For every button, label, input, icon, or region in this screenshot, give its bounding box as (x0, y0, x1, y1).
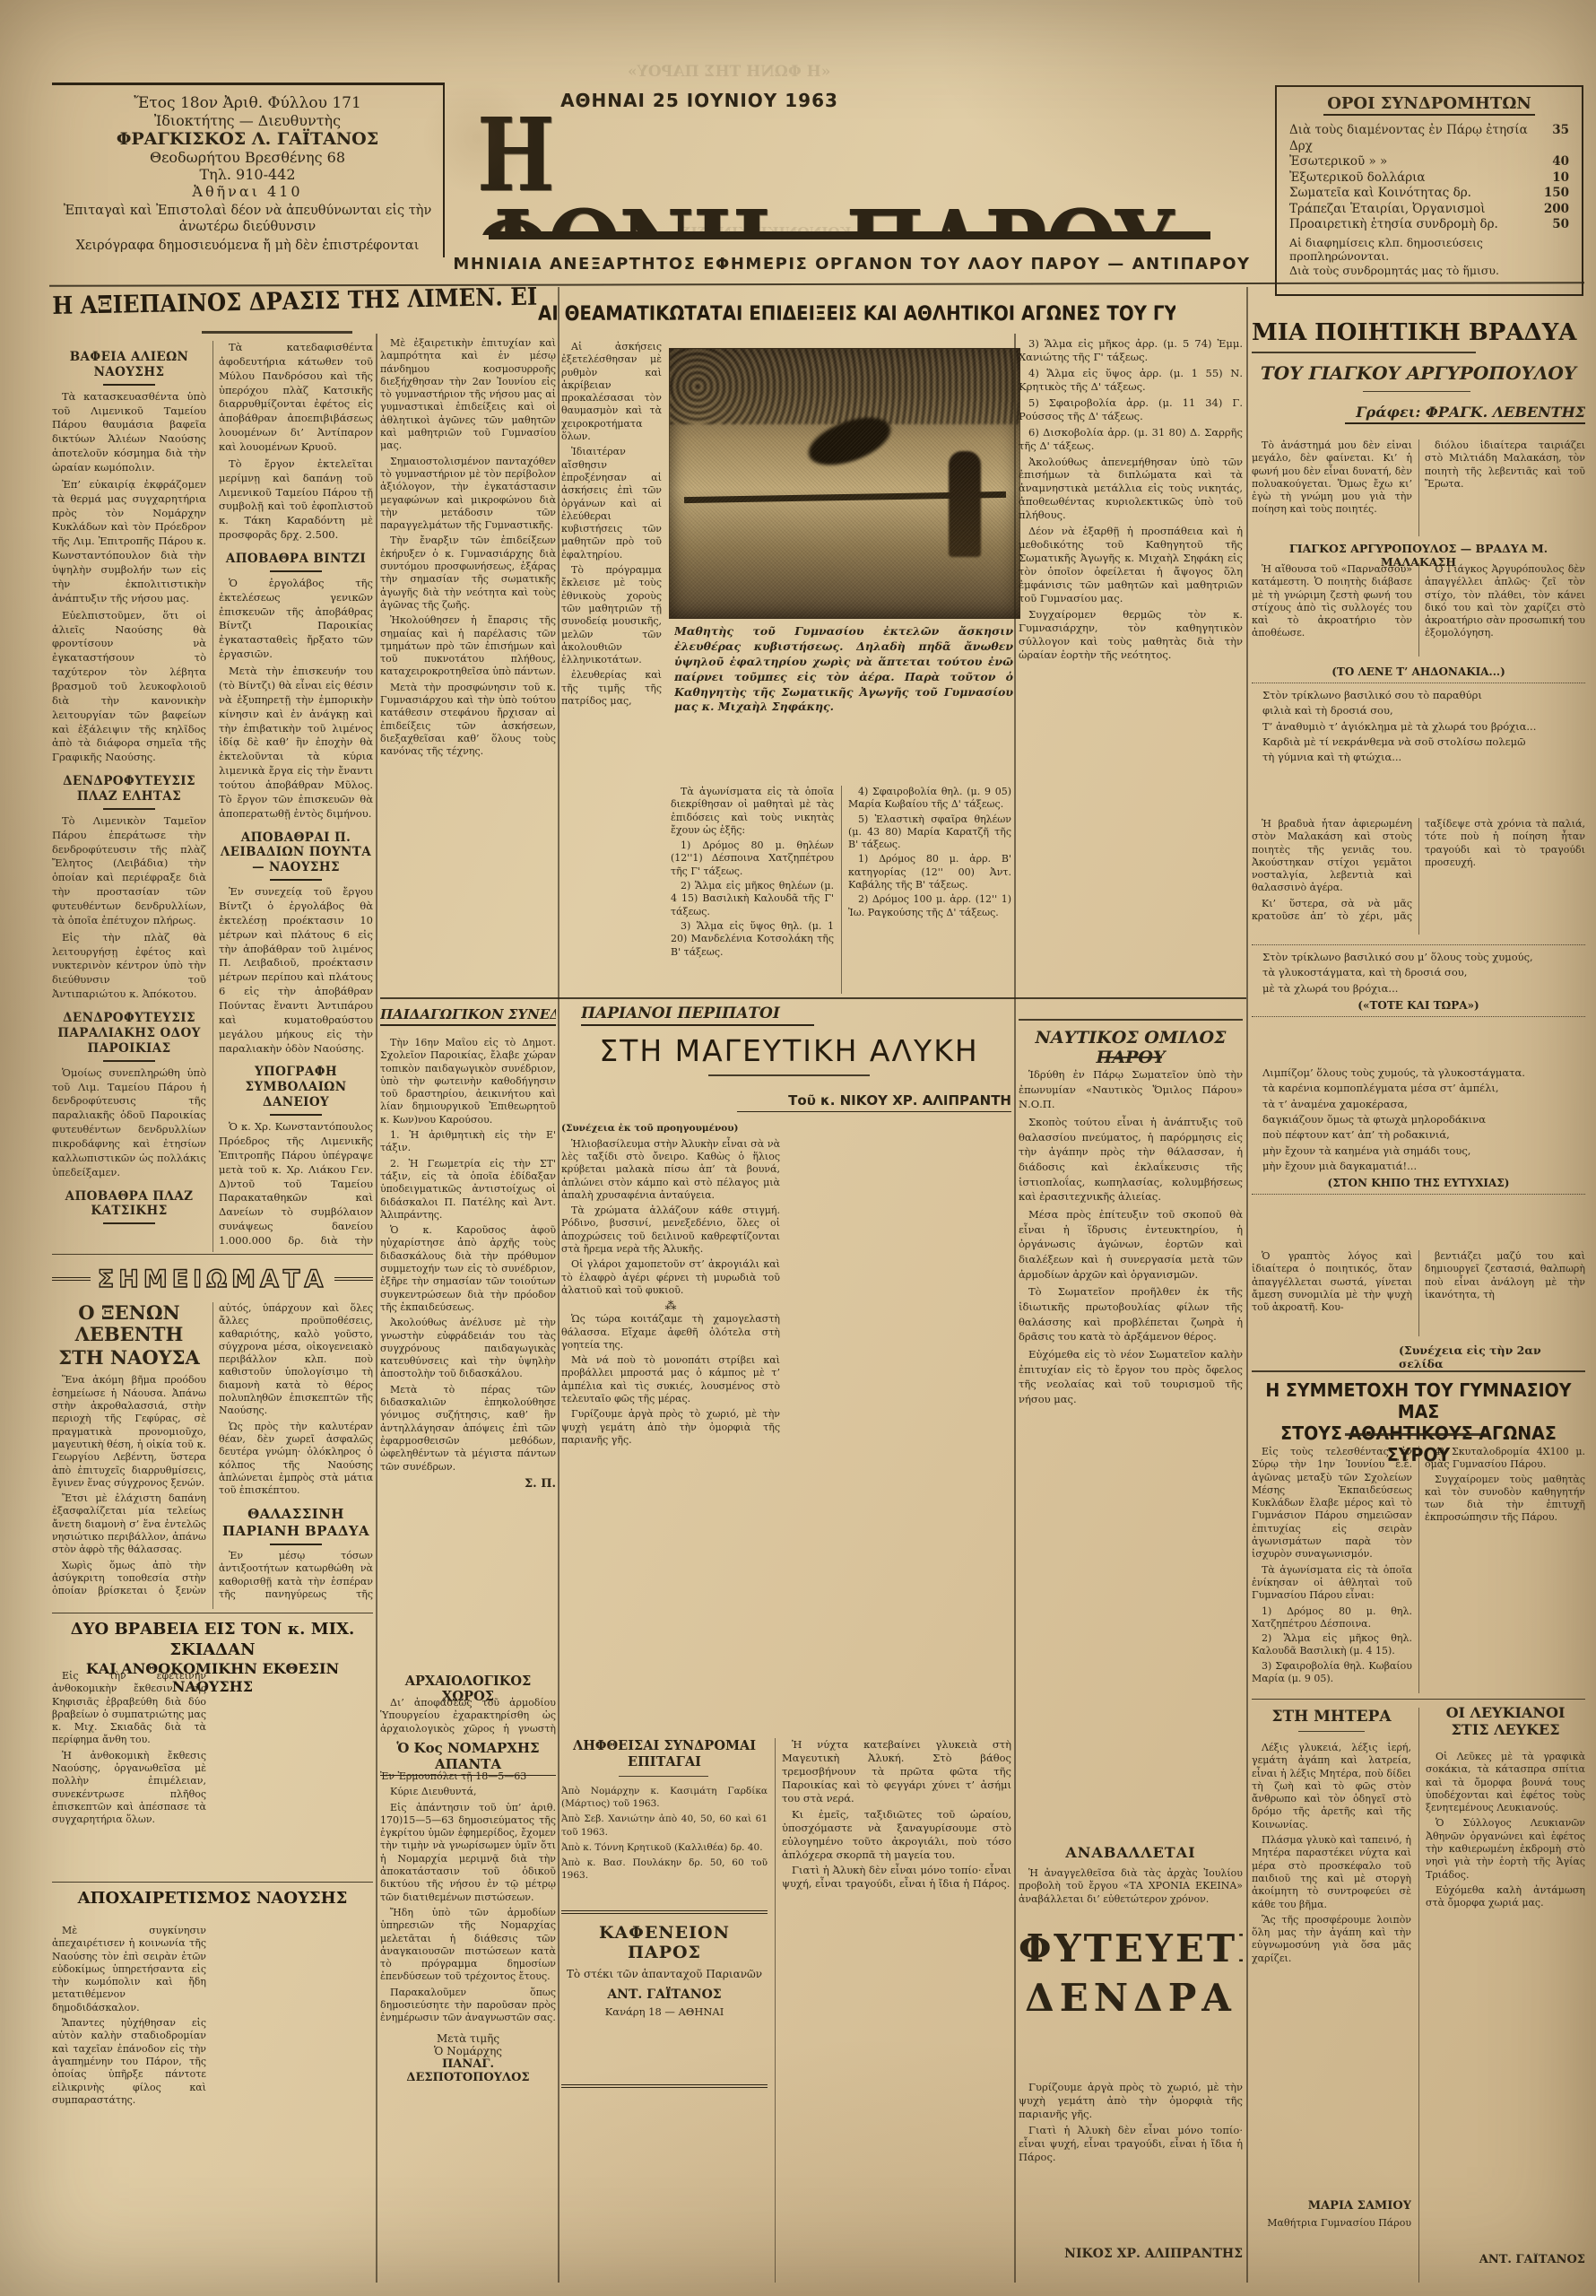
poem-line: τὴ γύμνια καὶ τὴ φτώχια... (1275, 750, 1585, 764)
dotted-divider (1252, 1194, 1585, 1195)
paragraph: Τὰ χρώματα ἀλλάζουν κάθε στιγμή. Ρόδινο,… (561, 1205, 780, 1256)
article-poetry-3: Ἡ βραδυὰ ἦταν ἀφιερωμένη στὸν Μαλακάση κ… (1252, 818, 1585, 935)
divider (619, 1776, 708, 1777)
subhead: ΥΠΟΓΡΑΦΗ ΣΥΜΒΟΛΑΙΩΝ ΔΑΝΕΙΟΥ (219, 1065, 373, 1116)
title-part-2: ΠΑΡΟΥ (846, 202, 1173, 235)
subhead: ΑΠΟΒΑΘΡΑΙ Π. ΛΕΙΒΑΔΙΩΝ ΠΟΥΝΤΑ — ΝΑΟΥΣΗΣ (219, 831, 373, 882)
row-value: 50 (1552, 217, 1569, 233)
divider (52, 1882, 373, 1883)
paragraph: Γιατὶ ἡ Ἀλυκὴ δὲν εἶναι μόνο τοπίο· εἶνα… (782, 1864, 1011, 1891)
owner-name: ΦΡΑΓΚΙΣΚΟΣ Λ. ΓΑΪΤΑΝΟΣ (52, 129, 443, 149)
paragraph: Μὲ ἐξαιρετικὴν ἐπιτυχίαν καὶ λαμπρότητα … (380, 337, 556, 453)
result-item: 2) Δρόμος 100 μ. ἀρρ. (12'' 1) Ἰω. Ραγκο… (848, 893, 1011, 919)
poem-line: Στὸν τρίκλωνο βασιλικό σου μ’ ὅλους τοὺς… (1275, 950, 1585, 964)
heading-leukianoi: ΟΙ ΛΕΥΚΙΑΝΟΙΣΤΙΣ ΛΕΥΚΕΣ (1426, 1704, 1585, 1738)
row-label: Σωματεῖα καὶ Κοινότητας δρ. (1289, 186, 1544, 202)
heading-thalassini: ΘΑΛΑΣΣΙΝΗΠΑΡΙΑΝΗ ΒΡΑΔΥΑ (219, 1506, 373, 1545)
masthead-bar (489, 231, 1210, 239)
paragraph: Ἡλιοβασίλευμα στὴν Ἀλυκὴν εἶναι σὰ νὰ λὲ… (561, 1138, 780, 1202)
heading-apoxairetismos: ΑΠΟΧΑΙΡΕΤΙΣΜΟΣ ΝΑΟΥΣΗΣ (52, 1889, 373, 1908)
paragraph: Τὸ πρόγραμμα ἔκλεισε μὲ τοὺς ἐθνικοὺς χο… (561, 564, 662, 666)
dotted-divider (1252, 1016, 1585, 1017)
paragraph: Παρακαλοῦμεν ὅπως δημοσιεύσητε τὴν παροῦ… (380, 1987, 556, 2025)
publisher-info-box: Ἔτος 18ον Ἀριθ. Φύλλου 171 Ἰδιοκτήτης — … (52, 83, 445, 257)
photo-halftone-grain (670, 349, 1019, 618)
paragraph: Συγχαίρομεν θερμῶς τὸν κ. Γυμνασιάρχην, … (1019, 608, 1243, 662)
phone: Τηλ. 910-442 (52, 166, 443, 183)
dateline: ΑΘΗΝΑΙ 25 ΙΟΥΝΙΟΥ 1963 (484, 90, 915, 111)
letter-place-date: Ἐν Ἑρμουπόλει τῇ 18—5—63 (380, 1770, 556, 1783)
paragraph: Ἅπαντες ηὐχήθησαν εἰς αὐτὸν καλὴν σταδιο… (52, 2017, 206, 2107)
paragraph: Γυρίζουμε ἀργὰ πρὸς τὸ χωριό, μὲ τὴν ψυχ… (1019, 2081, 1243, 2121)
heading-anaballetai: ΑΝΑΒΑΛΛΕΤΑΙ (1019, 1844, 1243, 1861)
paragraph: Σημαιοστολισμένον πανταχόθεν τὸ γυμναστή… (380, 456, 556, 533)
notes-band: ΣΗΜΕΙΩΜΑΤΑ (52, 1259, 373, 1299)
newspaper-front-page: Ἔτος 18ον Ἀριθ. Φύλλου 171 Ἰδιοκτήτης — … (0, 0, 1596, 2296)
paragraph: Εἰς τὴν ἐφετεινὴν ἀνθοκομικὴν ἔκθεσιν τῆ… (52, 1670, 206, 1747)
paragraph: Δι’ ἀποφάσεως τοῦ ἁρμοδίου Ὑπουργείου ἐχ… (380, 1697, 556, 1735)
paragraph: Μετὰ τὸ πέρας τῶν διδασκαλιῶν ἐπηκολούθη… (380, 1384, 556, 1474)
paragraph: Συγχαίρομεν τοὺς μαθητὰς καὶ τὸν συνοδὸν… (1425, 1474, 1585, 1525)
article-poetry-intro: Τὸ ἀνάστημά μου δὲν εἶναι μεγάλο, δὲν φα… (1252, 439, 1585, 536)
subscription-note: Αἱ διαφημίσεις κλπ. δημοσιεύσεις προπληρ… (1289, 236, 1569, 264)
heading-pedagogiko: ΠΑΙΔΑΓΩΓΙΚΟΝ ΣΥΝΕΔΡΙΟΝ (380, 1006, 556, 1026)
signature: Σ. Π. (380, 1477, 556, 1491)
subhead: ΒΑΦΕΙΑ ΑΛΙΕΩΝ ΝΑΟΥΣΗΣ (52, 350, 206, 386)
paragraph: Ἀκολούθως ἀπενεμήθησαν ὑπὸ τῶν ἐπισήμων … (1019, 456, 1243, 523)
manuscripts-note: Χειρόγραφα δημοσιευόμενα ἤ μὴ δὲν ἐπιστρ… (52, 238, 443, 254)
paragraph: Ὁμοίως συνεπληρώθη ὑπὸ τοῦ Λιμ. Ταμείου … (52, 1066, 206, 1180)
row-value: 35 (1552, 123, 1569, 154)
poem-line: Καρδιὰ μὲ τί νεκράνθεμα νὰ σοῦ στολίσω π… (1275, 735, 1585, 749)
article-alyki-end: Γυρίζουμε ἀργὰ πρὸς τὸ χωριό, μὲ τὴν ψυχ… (1019, 2081, 1243, 2235)
city: Ἀθῆναι 410 (52, 183, 443, 200)
paragraph: Ἠκολούθησεν ἡ ἔπαρσις τῆς σημαίας καὶ ἡ … (380, 614, 556, 678)
ad-line: Τὸ στέκι τῶν ἁπανταχοῦ Παριανῶν (561, 1968, 768, 1980)
subscription-row: Διὰ τοὺς διαμένοντας ἐν Πάρῳ ἐτησία Δρχ … (1289, 123, 1569, 154)
divider (1345, 1433, 1488, 1436)
heading-syndromai: ΛΗΦΘΕΙΣΑΙ ΣΥΝΔΡΟΜΑΙΕΠΙΤΑΓΑΙ (561, 1738, 768, 1770)
letter-signature: ΠΑΝΑΓ. ΔΕΣΠΟΤΟΠΟΥΛΟΣ (380, 2057, 556, 2084)
article-limen-body: ΒΑΦΕΙΑ ΑΛΙΕΩΝ ΝΑΟΥΣΗΣ Τὰ κατασκευασθέντα… (52, 341, 373, 1252)
dotted-divider (1252, 944, 1585, 945)
masthead-subtitle: ΜΗΝΙΑΙΑ ΑΝΕΞΑΡΤΗΤΟΣ ΕΦΗΜΕΡΙΣ ΟΡΓΑΝΟΝ ΤΟΥ… (448, 255, 1255, 274)
paragraph: διόλου ἰδιαίτερα ταιριάζει στὸ Μιλτιάδη … (1425, 439, 1585, 491)
article-arxaiologikos: Δι’ ἀποφάσεως τοῦ ἁρμοδίου Ὑπουργείου ἐχ… (380, 1697, 556, 1735)
subhead: ΑΠΟΒΑΘΡΑ ΠΛΑΖ ΚΑΤΣΙΚΗΣ (52, 1189, 206, 1225)
kicker-parianoi-peripatoi: ΠΑΡΙΑΝΟΙ ΠΕΡΙΠΑΤΟΙ (581, 1004, 814, 1026)
notes-flow-2: Εἰς τὴν ἐφετεινὴν ἀνθοκομικὴν ἔκθεσιν τῆ… (52, 1670, 373, 1876)
heading-ksenon-2: ΣΤΗ ΝΑΟΥΣΑ (52, 1347, 206, 1369)
band-rule (52, 1277, 91, 1281)
paragraph: Τὸ Σωματεῖον προῆλθεν ἐκ τῆς ἰδιωτικῆς π… (1019, 1284, 1243, 1344)
result-item: 4) Σκυταλοδρομία 4Χ100 μ. ὁμὰς Γυμνασίου… (1425, 1446, 1585, 1472)
subscription-received: Ἀπὸ κ. Τόννη Κρητικοῦ (Καλλιθέα) δρ. 40. (561, 1841, 768, 1854)
poem-line: τὰ γλυκοστάγματα, καὶ τὴ δροσιά σου, (1275, 965, 1585, 979)
paragraph: Οἱ Λεῦκες μὲ τὰ γραφικὰ σοκάκια, τὰ κάτα… (1426, 1751, 1585, 1814)
subhead: ΔΕΝΔΡΟΦΥΤΕΥΣΙΣ ΠΛΑΖ ΕΛΗΤΑΣ (52, 774, 206, 810)
paragraph: Εἰς ἀπάντησιν τοῦ ὑπ’ ἀριθ. 170)15—5—63 … (380, 1802, 556, 1904)
poem-block-2: Στὸν τρίκλωνο βασιλικό σου μ’ ὅλους τοὺς… (1252, 940, 1585, 1062)
byline-leventis: Γράφει: ΦΡΑΓΚ. ΛΕΒΕΝΤΗΣ (1345, 404, 1585, 424)
paragraph: Ὡς τώρα κοιτάζαμε τὴ χαμογελαστὴ θάλασσα… (561, 1313, 780, 1352)
poem-block-1: (ΤΟ ΛΕΝΕ Τ’ ΑΗΔΟΝΑΚΙΑ...) Στὸν τρίκλωνο … (1252, 662, 1585, 814)
paragraph: Ὁ Γιάγκος Ἀργυρόπουλος δὲν ἀπαγγέλλει ἁπ… (1425, 563, 1585, 640)
heading-alyki: ΣΤΗ ΜΑΓΕΥΤΙΚΗ ΑΛΥΚΗ (592, 1033, 986, 1068)
poem-line: τὰ τ’ ἀναμένα χαμοκέρασα, (1275, 1097, 1585, 1111)
subheading-poetry: ΤΟΥ ΓΙΑΓΚΟΥ ΑΡΓΥΡΟΠΟΥΛΟΥ (1252, 362, 1585, 384)
address: Θεοδωρήτου Βρεσθένης 68 (52, 149, 443, 166)
paragraph: Τὸ ἀνάστημά μου δὲν εἶναι μεγάλο, δὲν φα… (1252, 439, 1412, 517)
column-rule (1246, 287, 1248, 2283)
photo-gymnastics-display (669, 348, 1020, 619)
article-nautikos: Ἱδρύθη ἐν Πάρῳ Σωματεῖον ὑπὸ τὴν ἐπωνυμί… (1019, 1067, 1243, 1835)
divider (1298, 1731, 1365, 1732)
article-mitera: Λέξις γλυκειά, λέξις ἱερή, γεμάτη ἀγάπη … (1252, 1742, 1411, 2190)
paragraph: Εὐχόμεθα εἰς τὸ νέον Σωματεῖον καλὴν ἐπι… (1019, 1347, 1243, 1407)
poem-line: μὴν ἔχουν μιὰ δαγκαματιά!... (1275, 1159, 1585, 1173)
result-item: 2) Ἅλμα εἰς μῆκος θηλ. Καλουδᾶ Βασιλικὴ … (1252, 1632, 1412, 1658)
subscription-note: Διὰ τοὺς συνδρομητάς μας τὸ ἥμισυ. (1289, 264, 1569, 278)
subscription-row: Τράπεζαι Ἑταιρίαι, Ὀργανισμοὶ 200 (1289, 202, 1569, 218)
row-value: 40 (1552, 154, 1569, 170)
row-value: 150 (1544, 186, 1569, 202)
dotted-divider (1252, 683, 1585, 683)
paragraph: Ὁ ἐργολάβος τῆς ἐκτελέσεως γενικῶν ἐπισκ… (219, 577, 373, 662)
notes-flow-1: Ο ΞΕΝΩΝ ΛΕΒΕΝΤΗ ΣΤΗ ΝΑΟΥΣΑ Ἕνα ἀκόμη βῆμ… (52, 1302, 373, 1609)
row-label: Ἐσωτερικοῦ » » (1289, 154, 1552, 170)
paragraph: Μὰ νά ποὺ τὸ μονοπάτι στρίβει καὶ προβάλ… (561, 1354, 780, 1405)
column-rule (775, 1738, 776, 2283)
notes-flow-3: Μὲ συγκίνησιν ἀπεχαιρέτισεν ἡ κοινωνία τ… (52, 1925, 373, 2283)
poem-attribution: (ΤΟ ΛΕΝΕ Τ’ ΑΗΔΟΝΑΚΙΑ...) (1252, 665, 1585, 678)
correspondence-note: Ἐπιταγαὶ καὶ Ἐπιστολαὶ δέον νὰ ἀπευθύνων… (52, 203, 443, 235)
headline-underline (202, 331, 352, 334)
ad-plant-trees: ΦΥΤΕΥΕΤΕ ΔΕΝΔΡΑ (1019, 1925, 1243, 2068)
signature-aliprantis: ΝΙΚΟΣ ΧΡ. ΑΛΙΠΡΑΝΤΗΣ (1019, 2247, 1243, 2261)
signature-gaitanos: ΑΝΤ. ΓΑΪΤΑΝΟΣ (1426, 2253, 1585, 2266)
paragraph: βεντιάζει μαζύ του καὶ δημιουργεῖ ζεστασ… (1425, 1250, 1585, 1301)
article-leukianoi: Οἱ Λεῦκες μὲ τὰ γραφικὰ σοκάκια, τὰ κάτα… (1426, 1751, 1585, 2235)
owner-label: Ἰδιοκτήτης — Διευθυντὴς (52, 112, 443, 129)
paragraph: Τὰ κατασκευασθέντα ὑπὸ τοῦ Λιμενικοῦ Ταμ… (52, 390, 206, 475)
article-poetry-2: Ἡ αἴθουσα τοῦ «Παρνασσοῦ» κατάμεστη. Ὁ π… (1252, 563, 1585, 657)
paragraph: Ἰδιαιτέραν αἴσθησιν ἐπροξένησαν αἱ ἀσκήσ… (561, 446, 662, 561)
article-gym-narrow-col: Αἱ ἀσκήσεις ἐξετελέσθησαν μὲ ρυθμὸν καὶ … (561, 341, 662, 994)
row-label: Προαιρετικὴ ἐτησία συνδρομὴ δρ. (1289, 217, 1552, 233)
heading-underline (708, 1074, 870, 1076)
letter-closing: Μετὰ τιμῆς (380, 2032, 556, 2045)
paragraph: 2. Ἡ Γεωμετρία εἰς τὴν ΣΤ' τάξιν, εἰς τὰ… (380, 1158, 556, 1222)
continuation-note: (Συνέχεια εἰς τὴν 2αν σελίδα (1399, 1344, 1585, 1370)
paragraph: Τὴν 16ην Μαΐου εἰς τὸ Δημοτ. Σχολεῖον Πα… (380, 1037, 556, 1126)
row-value: 10 (1552, 170, 1569, 187)
poem-line: τὰ καρένια κομποπλέγματα μέσα στ’ ἀμπέλι… (1275, 1081, 1585, 1095)
title-part-1: Η ΦΩΝΗ (477, 109, 769, 235)
column-rule (376, 334, 377, 2283)
paragraph: Τὰ ἀγωνίσματα εἰς τὰ ὁποῖα διεκρίθησαν ο… (671, 786, 834, 837)
result-item: 6) Δισκοβολία ἀρρ. (μ. 31 80) Δ. Σαρρῆς … (1019, 426, 1243, 453)
continuation-note: (Συνέχεια ἐκ τοῦ προηγουμένου) (561, 1123, 780, 1135)
subhead: ΑΠΟΒΑΘΡΑ ΒΙΝΤΖΙ (219, 552, 373, 572)
row-label: Διὰ τοὺς διαμένοντας ἐν Πάρῳ ἐτησία Δρχ (1289, 123, 1552, 154)
signature-samiou-title: Μαθήτρια Γυμνασίου Πάρου (1252, 2217, 1411, 2229)
article-gym-mid-right: 4) Σφαιροβολία θηλ. (μ. 9 05) Μαρία Κωβα… (848, 786, 1011, 994)
poem-line: Στὸν τρίκλωνο βασιλικό σου τὸ παραθύρι (1275, 688, 1585, 702)
paragraph: Τὰ κατεδαφισθέντα ἀφοδευτήρια κάτωθεν το… (219, 341, 373, 455)
poem-line: δαγκιάζουν ὅμως τὰ φτωχὰ μηλοροδάκινα (1275, 1112, 1585, 1126)
subscription-row: Προαιρετικὴ ἐτησία συνδρομὴ δρ. 50 (1289, 217, 1569, 233)
letter-closing: Ὁ Νομάρχης (380, 2045, 556, 2057)
syndromai-list: Ἀπὸ Νομάρχην κ. Κασιμάτη Γαρδίκα (Μάρτιο… (561, 1785, 768, 1892)
paragraph: Ἱδρύθη ἐν Πάρῳ Σωματεῖον ὑπὸ τὴν ἐπωνυμί… (1019, 1067, 1243, 1112)
paragraph: Εἰς τὴν πλὰζ θὰ λειτουργήσῃ ἐφέτος καὶ ν… (52, 931, 206, 1002)
heading-ksenon: Ο ΞΕΝΩΝ ΛΕΒΕΝΤΗ (52, 1302, 206, 1345)
ad-address: Κανάρη 18 — ΑΘΗΝΑΙ (561, 2005, 768, 2018)
paragraph: Πλάσμα γλυκὸ καὶ ταπεινό, ἡ Μητέρα παρασ… (1252, 1834, 1411, 1911)
paragraph: Ἐν συνεχείᾳ τοῦ ἔργου Βίντζι ὁ ἐργολάβος… (219, 885, 373, 1056)
heading-nautikos: ΝΑΥΤΙΚΟΣ ΟΜΙΛΟΣ ΠΑΡΟΥ (1019, 1028, 1243, 1067)
poem-attribution: (ΣΤΟΝ ΚΗΠΟ ΤΗΣ ΕΥΤΥΧΙΑΣ) (1252, 1177, 1585, 1189)
masthead-title: Η ΦΩΝΗ της ΠΑΡΟΥ (412, 109, 1237, 235)
letter-salutation: Κύριε Διευθυντά, (380, 1786, 556, 1798)
result-item: 4) Σφαιροβολία θηλ. (μ. 9 05) Μαρία Κωβα… (848, 786, 1011, 812)
paragraph: Κι ἐμεῖς, ταξιδιῶτες τοῦ ὡραίου, ὑποσχόμ… (782, 1808, 1011, 1862)
subscription-box: ΟΡΟΙ ΣΥΝΔΡΟΜΗΤΩΝ Διὰ τοὺς διαμένοντας ἐν… (1275, 85, 1583, 296)
column-rule (558, 287, 559, 2283)
result-item: 4) Ἅλμα εἰς ὕψος ἀρρ. (μ. 1 55) Ν. Κρητι… (1019, 367, 1243, 394)
paragraph: Μέσα πρὸς ἐπίτευξιν τοῦ σκοποῦ θὰ εἶναι … (1019, 1207, 1243, 1282)
paragraph: Τὸ Λιμενικὸν Ταμεῖον Πάρου ἐπεράτωσε τὴν… (52, 814, 206, 928)
heading-mitera: ΣΤΗ ΜΗΤΕΡΑ (1252, 1708, 1411, 1726)
ad-kafeneion: ΚΑΦΕΝΕΙΟΝ ΠΑΡΟΣ Τὸ στέκι τῶν ἁπανταχοῦ Π… (561, 1910, 768, 2088)
paragraph: ἐλευθερίας καὶ τῆς τιμῆς τῆς πατρίδος μα… (561, 669, 662, 708)
divider (52, 1613, 373, 1613)
poem-line: μὴν ἔχουν τὰ καημένα γιὰ σημάδι τους, (1275, 1144, 1585, 1158)
poem-line: μὲ τὰ χλωρά του βρόχια... (1275, 981, 1585, 996)
paragraph: Ὁ Σύλλογος Λευκιανῶν Ἀθηνῶν ὀργανώνει κα… (1426, 1817, 1585, 1881)
article-pedagogiko: Τὴν 16ην Μαΐου εἰς τὸ Δημοτ. Σχολεῖον Πα… (380, 1037, 556, 1632)
paragraph: Ὡς πρὸς τὴν καλυτέραν θέαν, δὲν χωρεῖ ἀσ… (219, 1421, 373, 1498)
subhead: ΔΕΝΔΡΟΦΥΤΕΥΣΙΣ ΠΑΡΑΛΙΑΚΗΣ ΟΔΟΥ ΠΑΡΟΙΚΙΑΣ (52, 1011, 206, 1062)
paragraph: Ἂς τῆς προσφέρουμε λοιπὸν ὅλη μας τὴν ἀγ… (1252, 1914, 1411, 1965)
divider (380, 997, 1246, 999)
divider (1252, 1699, 1585, 1700)
divider (1252, 1370, 1585, 1372)
paragraph: Σκοπὸς τούτου εἶναι ἡ ἀνάπτυξις τοῦ θαλα… (1019, 1115, 1243, 1205)
paragraph: Ἐπ’ εὐκαιρίᾳ ἐκφράζομεν τὰ θερμά μας συγ… (52, 478, 206, 606)
notice-anaballetai: Ἡ ἀναγγελθεῖσα διὰ τὰς ἀρχὰς Ἰουλίου προ… (1019, 1867, 1243, 1918)
poem-line: Λιμπίζομ’ ὅλους τοὺς χυμούς, τὰ γλυκοστά… (1275, 1065, 1585, 1080)
poem-line: ποὺ πέφτουν κατ’ ἀπ’ τὴ ροδακινιά, (1275, 1127, 1585, 1142)
result-item: 3) Ἅλμα εἰς ὕψος θηλ. (μ. 1 20) Μανδελέν… (671, 920, 834, 959)
article-gym-open: Μὲ ἐξαιρετικὴν ἐπιτυχίαν καὶ λαμπρότητα … (380, 337, 556, 994)
paragraph: Ἔτσι μὲ ἐλάχιστη δαπάνη ἐξασφαλίζεται μί… (52, 1492, 206, 1556)
notes-band-title: ΣΗΜΕΙΩΜΑΤΑ (98, 1265, 327, 1293)
paragraph: Μετὰ τὴν ἐπισκευήν του (τὸ Βίντζι) θὰ εἶ… (219, 665, 373, 821)
result-item: 1) Δρόμος 80 μ. ἀρρ. Β' κατηγορίας (12''… (848, 853, 1011, 891)
headline-limen: Η ΑΞΙΕΠΑΙΝΟΣ ΔΡΑΣΙΣ ΤΗΣ ΛΙΜΕΝ. ΕΠΙΤΡΟΠΗΣ (52, 283, 536, 320)
subscription-title: ΟΡΟΙ ΣΥΝΔΡΟΜΗΤΩΝ (1323, 94, 1535, 116)
band-rule (334, 1277, 373, 1281)
column-rule (1014, 334, 1016, 2283)
ink-bleed-text: «Η ΦΩΝΗ ΤΗΣ ΠΑΡΟΥ» (628, 63, 830, 81)
paragraph: Γυρίζουμε ἀργὰ πρὸς τὸ χωριό, μὲ τὴν ψυχ… (561, 1408, 780, 1447)
subscription-received: Ἀπὸ κ. Βασ. Πουλάκην δρ. 50, 60 τοῦ 1963… (561, 1857, 768, 1882)
paragraph: Οἱ γλάροι χαμοπετοῦν στ’ ἀκρογιάλι καὶ τ… (561, 1258, 780, 1297)
paragraph: Ἤδη ὑπὸ τῶν ἁρμοδίων ὑπηρεσιῶν τῆς Νομαρ… (380, 1907, 556, 1984)
paragraph: Εὐελπιστοῦμεν, ὅτι οἱ ἁλιεῖς Ναούσης θὰ … (52, 609, 206, 765)
ad-owner: ΑΝΤ. ΓΑΪΤΑΝΟΣ (561, 1987, 768, 2002)
ad-line-2: ΔΕΝΔΡΑ (1019, 1974, 1243, 2023)
paragraph: Ἡ νύχτα κατεβαίνει γλυκειὰ στὴ Μαγευτικὴ… (782, 1738, 1011, 1805)
column-rule (1418, 1708, 1419, 2283)
photo-caption: Μαθητὴς τοῦ Γυμνασίου ἐκτελῶν ἄσκησιν ἐλ… (674, 624, 1013, 778)
article-gym-mid-left: Τὰ ἀγωνίσματα εἰς τὰ ὁποῖα διεκρίθησαν ο… (671, 786, 834, 994)
divider (1099, 1057, 1162, 1058)
paragraph: Δέον νὰ ἐξαρθῇ ἡ προσπάθεια καὶ ἡ μεθοδι… (1019, 525, 1243, 605)
paragraph: Ὁ κ. Καροῦσος ἀφοῦ ηὐχαρίστησε ἀπὸ ἀρχῆς… (380, 1224, 556, 1314)
subscription-row: Ἐξωτερικοῦ δολλάρια 10 (1289, 170, 1569, 187)
result-item: 5) Ἐλαστικὴ σφαῖρα θηλέων (μ. 43 80) Μαρ… (848, 813, 1011, 852)
paragraph: Γιατὶ ἡ Ἀλυκὴ δὲν εἶναι μόνο τοπίο· εἶνα… (1019, 2124, 1243, 2164)
divider (1252, 352, 1476, 353)
divider (1019, 1019, 1243, 1021)
poem-block-3: Λιμπίζομ’ ὅλους τοὺς χυμούς, τὰ γλυκοστά… (1252, 1065, 1585, 1245)
paragraph: Τὸ ἔργον ἐκτελεῖται μερίμνῃ καὶ δαπάνῃ τ… (219, 457, 373, 543)
signature-samiou: ΜΑΡΙΑ ΣΑΜΙΟΥ (1252, 2199, 1411, 2213)
divider (1363, 391, 1470, 392)
result-item: 1) Δρόμος 80 μ. θηλ. Χατζηπέτρου Δέσποιν… (1252, 1605, 1412, 1631)
issue-number: Ἔτος 18ον Ἀριθ. Φύλλου 171 (52, 94, 443, 112)
paragraph: Ἡ ἀνθοκομικὴ ἔκθεσις Ναούσης, ὀργανωθεῖσ… (52, 1750, 206, 1827)
subscription-received: Ἀπὸ Σεβ. Χανιώτην ἀπὸ 40, 50, 60 καὶ 61 … (561, 1813, 768, 1838)
result-item: 2) Ἅλμα εἰς μῆκος θηλέων (μ. 4 15) Βασιλ… (671, 880, 834, 918)
poem-line: φιλιὰ καὶ τὴ δροσιά σου, (1275, 703, 1585, 717)
ad-title: ΚΑΦΕΝΕΙΟΝ ΠΑΡΟΣ (561, 1923, 768, 1962)
paragraph: Ἡ βραδυὰ ἦταν ἀφιερωμένη στὸν Μαλακάση κ… (1252, 818, 1412, 895)
paragraph: Ἕνα ἀκόμη βῆμα προόδου ἐσημείωσε ἡ Νάουσ… (52, 1374, 206, 1490)
asterism-separator: ⁂ (561, 1300, 780, 1313)
paragraph: Μετὰ τὴν προσφώνησιν τοῦ κ. Γυμνασιάρχου… (380, 682, 556, 759)
row-value: 200 (1544, 202, 1569, 218)
paragraph: Ἡ αἴθουσα τοῦ «Παρνασσοῦ» κατάμεστη. Ὁ π… (1252, 563, 1412, 640)
paragraph: Αἱ ἀσκήσεις ἐξετελέσθησαν μὲ ρυθμὸν καὶ … (561, 341, 662, 443)
paragraph: Μὲ συγκίνησιν ἀπεχαιρέτισεν ἡ κοινωνία τ… (52, 1925, 206, 2014)
article-alyki-body: (Συνέχεια ἐκ τοῦ προηγουμένου) Ἡλιοβασίλ… (561, 1123, 1011, 1729)
byline-aliprantis: Τοῦ κ. ΝΙΚΟΥ ΧΡ. ΑΛΙΠΡΑΝΤΗ (737, 1092, 1011, 1112)
article-alyki-continued: Ἡ νύχτα κατεβαίνει γλυκειὰ στὴ Μαγευτικὴ… (782, 1738, 1011, 2240)
paragraph: Ἡ ἀναγγελθεῖσα διὰ τὰς ἀρχὰς Ἰουλίου προ… (1019, 1867, 1243, 1906)
paragraph: 1. Ἡ ἀριθμητικὴ εἰς τὴν Ε' τάξιν. (380, 1129, 556, 1155)
row-label: Τράπεζαι Ἑταιρίαι, Ὀργανισμοὶ (1289, 202, 1544, 218)
paragraph: Ἀκολούθως ἀνέλυσε μὲ τὴν γνωστὴν εὐφράδε… (380, 1317, 556, 1380)
poem-attribution: («ΤΟΤΕ ΚΑΙ ΤΩΡΑ») (1252, 999, 1585, 1012)
paragraph: Εἰς τοὺς τελεσθέντας ἐν Σύρῳ τὴν 1ην Ἰου… (1252, 1446, 1412, 1561)
article-symmetoxi: Εἰς τοὺς τελεσθέντας ἐν Σύρῳ τὴν 1ην Ἰου… (1252, 1446, 1585, 1693)
subscription-row: Ἐσωτερικοῦ » » 40 (1289, 154, 1569, 170)
paragraph: Τὴν ἔναρξιν τῶν ἐπιδείξεων ἐκήρυξεν ὁ κ.… (380, 535, 556, 612)
column-rule (841, 786, 842, 994)
result-item: 5) Σφαιροβολία ἀρρ. (μ. 11 34) Γ. Ρούσσο… (1019, 396, 1243, 423)
row-label: Ἐξωτερικοῦ δολλάρια (1289, 170, 1552, 187)
paragraph: Ὁ γραπτὸς λόγος καὶ ἰδιαίτερα ὁ ποιητικό… (1252, 1250, 1412, 1314)
result-item: 1) Δρόμος 80 μ. θηλέων (12''1) Δέσποινα … (671, 839, 834, 878)
poem-line: Τ’ ἀναθυμιὸ τ’ ἁγιόκλημα μὲ τὰ χλωρά του… (1275, 719, 1585, 734)
article-poetry-4: Ὁ γραπτὸς λόγος καὶ ἰδιαίτερα ὁ ποιητικό… (1252, 1250, 1585, 1336)
subscription-received: Ἀπὸ Νομάρχην κ. Κασιμάτη Γαρδίκα (Μάρτιο… (561, 1785, 768, 1810)
headline-gym: ΑΙ ΘΕΑΜΑΤΙΚΩΤΑΤΑΙ ΕΠΙΔΕΙΞΕΙΣ ΚΑΙ ΑΘΛΗΤΙΚ… (538, 303, 1175, 326)
ad-line-1: ΦΥΤΕΥΕΤΕ (1019, 1925, 1243, 1974)
subscription-row: Σωματεῖα καὶ Κοινότητας δρ. 150 (1289, 186, 1569, 202)
article-gym-right-col: 3) Ἅλμα εἰς μῆκος ἀρρ. (μ. 5 74) Ἐμμ. Χα… (1019, 337, 1243, 994)
paragraph: Λέξις γλυκειά, λέξις ἱερή, γεμάτη ἀγάπη … (1252, 1742, 1411, 1831)
paragraph: Εὐχόμεθα καλὴ ἀντάμωση στὰ ὄμορφα χωριά … (1426, 1884, 1585, 1910)
article-nomarxis: Ἐν Ἑρμουπόλει τῇ 18—5—63 Κύριε Διευθυντά… (380, 1770, 556, 2283)
paragraph: Τὰ ἀγωνίσματα εἰς τὰ ὁποῖα ἐνίκησαν οἱ ἀ… (1252, 1564, 1412, 1603)
divider (52, 1254, 373, 1255)
heading-poetry: ΜΙΑ ΠΟΙΗΤΙΚΗ ΒΡΑΔΥΑ (1252, 319, 1585, 346)
result-item: 3) Σφαιροβολία θηλ. Κωβαίου Μαρία (μ. 9 … (1252, 1660, 1412, 1686)
result-item: 3) Ἅλμα εἰς μῆκος ἀρρ. (μ. 5 74) Ἐμμ. Χα… (1019, 337, 1243, 364)
